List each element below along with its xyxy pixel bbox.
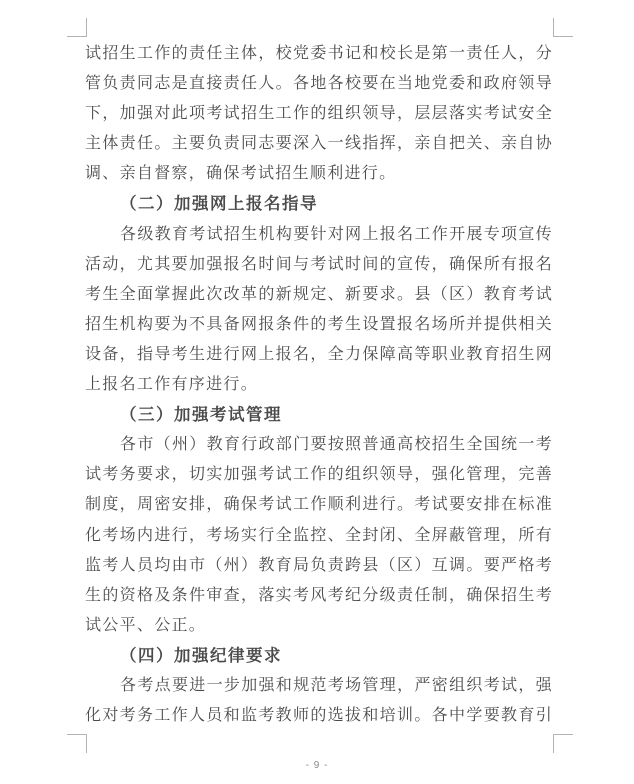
crop-mark-bottom-right [553, 734, 573, 753]
page-number: - 9 - [0, 760, 634, 771]
text-line: 考生全面掌握此次改革的新规定、新要求。县（区）教育考试 [85, 280, 553, 310]
text-line: 各考点要进一步加强和规范考场管理，严密组织考试，强 [85, 671, 553, 701]
text-line: 各级教育考试招生机构要针对网上报名工作开展专项宣传 [85, 220, 553, 250]
text-line: 招生机构要为不具备网报条件的考生设置报名场所并提供相关 [85, 310, 553, 340]
text-line: 各市（州）教育行政部门要按照普通高校招生全国统一考 [85, 430, 553, 460]
crop-mark-bottom-left [67, 734, 87, 753]
document-body: 试招生工作的责任主体，校党委书记和校长是第一责任人，分管负责同志是直接责任人。各… [85, 39, 553, 731]
text-line: 管负责同志是直接责任人。各地各校要在当地党委和政府领导 [85, 69, 553, 99]
crop-mark-top-left [67, 18, 87, 37]
section-heading: （二）加强网上报名指导 [85, 189, 553, 219]
text-line: 试考务要求，切实加强考试工作的组织领导，强化管理，完善 [85, 460, 553, 490]
text-line: 试公平、公正。 [85, 611, 553, 641]
section-heading: （四）加强纪律要求 [85, 641, 553, 671]
document-page: 试招生工作的责任主体，校党委书记和校长是第一责任人，分管负责同志是直接责任人。各… [0, 0, 634, 784]
text-line: 设备，指导考生进行网上报名，全力保障高等职业教育招生网 [85, 340, 553, 370]
text-line: 试招生工作的责任主体，校党委书记和校长是第一责任人，分 [85, 39, 553, 69]
text-line: 化对考务工作人员和监考教师的选拔和培训。各中学要教育引 [85, 701, 553, 731]
text-line: 活动，尤其要加强报名时间与考试时间的宣传，确保所有报名 [85, 250, 553, 280]
text-line: 生的资格及条件审查，落实考风考纪分级责任制，确保招生考 [85, 581, 553, 611]
text-line: 上报名工作有序进行。 [85, 370, 553, 400]
section-heading: （三）加强考试管理 [85, 400, 553, 430]
text-line: 化考场内进行，考场实行全监控、全封闭、全屏蔽管理，所有 [85, 521, 553, 551]
text-line: 主体责任。主要负责同志要深入一线指挥，亲自把关、亲自协 [85, 129, 553, 159]
text-line: 下，加强对此项考试招生工作的组织领导，层层落实考试安全 [85, 99, 553, 129]
text-line: 调、亲自督察，确保考试招生顺利进行。 [85, 159, 553, 189]
text-line: 监考人员均由市（州）教育局负责跨县（区）互调。要严格考 [85, 551, 553, 581]
crop-mark-top-right [553, 18, 573, 37]
text-line: 制度，周密安排，确保考试工作顺利进行。考试要安排在标准 [85, 490, 553, 520]
